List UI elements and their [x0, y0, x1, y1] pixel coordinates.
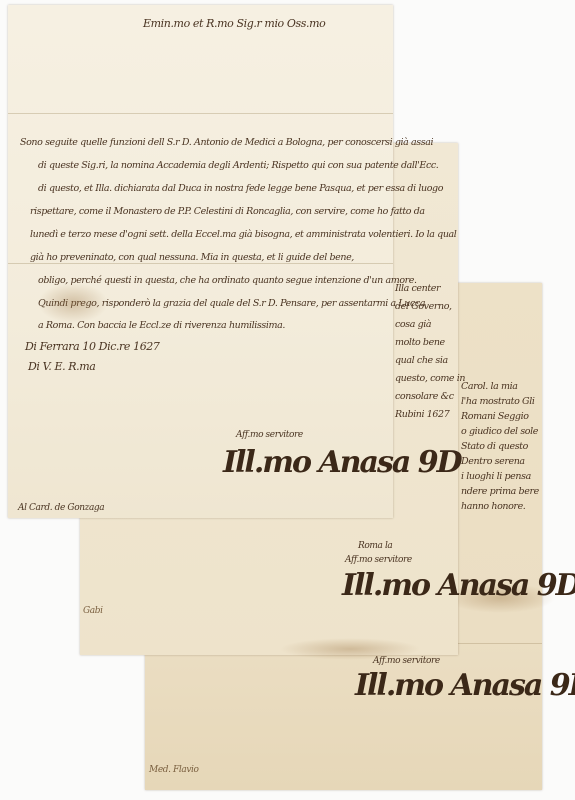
handwriting-line: qual che sia	[395, 355, 448, 366]
signature: Ill.mo Anasa 9D	[223, 445, 461, 480]
handwriting-line: cosa già	[395, 319, 431, 330]
handwriting-line: rispettare, come il Monastero de P.P. Ce…	[30, 206, 425, 217]
signature: Ill.mo Anasa 9D	[355, 668, 575, 703]
handwriting-line: Sono seguite quelle funzioni dell S.r D.…	[20, 137, 433, 148]
paper-stain	[38, 283, 108, 323]
handwriting-line: di queste Sig.ri, la nomina Accademia de…	[38, 160, 438, 171]
closing: Di V. E. R.ma	[28, 360, 95, 373]
paper-fold-line	[8, 113, 393, 114]
address-note: Al Card. de Gonzaga	[18, 503, 104, 513]
handwriting-line: Dentro serena	[461, 456, 525, 467]
signature-prefix: Aff.mo servitore	[345, 555, 412, 565]
letter-page-front: Emin.mo et R.mo Sig.r mio Oss.mo Sono se…	[8, 5, 393, 518]
corner-note: Med. Flavio	[149, 765, 199, 775]
handwriting-line: molto bene	[395, 337, 445, 348]
handwriting-line: i luoghi li pensa	[461, 471, 531, 482]
handwriting-line: ndere prima bere	[461, 486, 539, 497]
handwriting-line: già ho preveninato, con qual nessuna. Mi…	[30, 252, 354, 263]
handwriting-line: obligo, perché questi in questa, che ha …	[38, 275, 417, 286]
handwriting-line: questo, come in	[395, 373, 465, 384]
signature-prefix: Aff.mo servitore	[236, 430, 303, 440]
handwriting-line: o giudico del sole	[461, 426, 538, 437]
paper-stain	[280, 638, 420, 660]
handwriting-line: Rubini 1627	[395, 409, 449, 420]
handwriting-line: Stato di questo	[461, 441, 528, 452]
corner-note: Gabi	[83, 606, 103, 616]
handwriting-line: l'ha mostrato Gli	[461, 396, 535, 407]
handwriting-line: Carol. la mia	[461, 381, 518, 392]
handwriting-line: Romani Seggio	[461, 411, 529, 422]
paper-fold-line	[8, 263, 393, 264]
dateline: Di Ferrara 10 Dic.re 1627	[25, 340, 160, 353]
handwriting-line: lunedì e terzo mese d'ogni sett. della E…	[30, 229, 456, 240]
signature: Ill.mo Anasa 9D	[342, 568, 575, 603]
handwriting-line: consolare &c	[395, 391, 454, 402]
handwriting-line: di questo, et Illa. dichiarata dal Duca …	[38, 183, 443, 194]
signature-top: Roma la	[358, 541, 392, 551]
letter-salutation: Emin.mo et R.mo Sig.r mio Oss.mo	[143, 17, 325, 30]
handwriting-line: hanno honore.	[461, 501, 525, 512]
